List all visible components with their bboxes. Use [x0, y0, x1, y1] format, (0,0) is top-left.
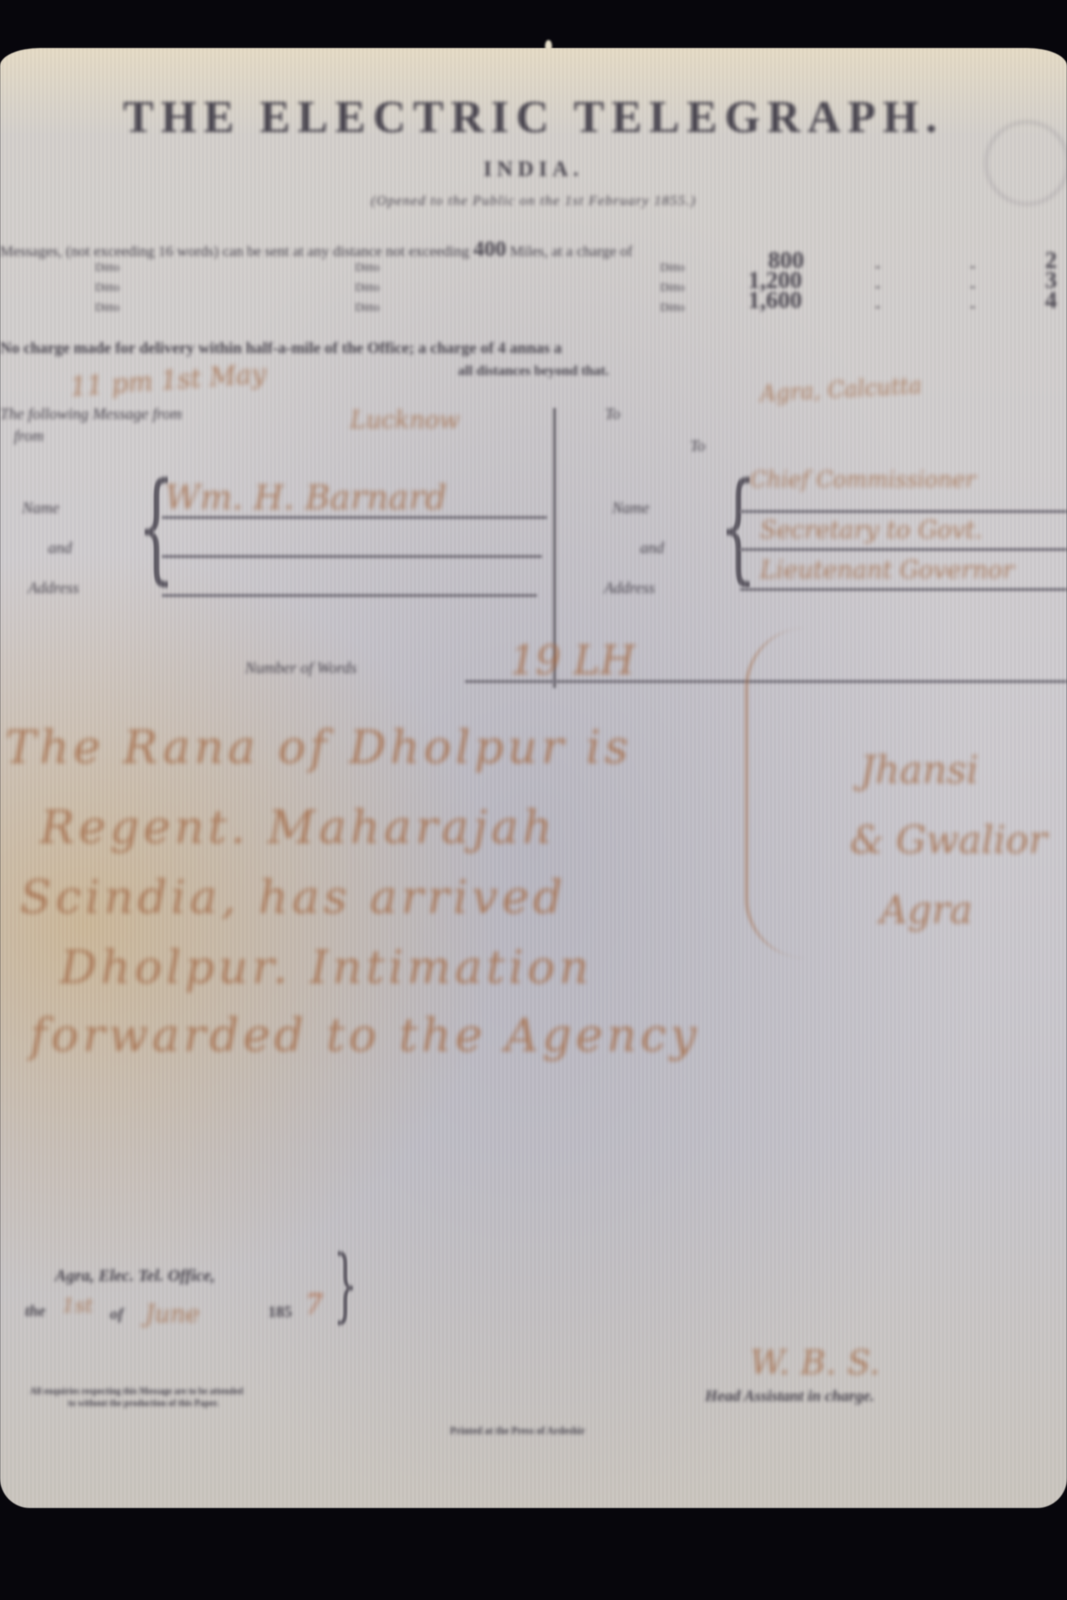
rate-row-2-sep: - [875, 278, 880, 296]
rate-row-3-col3: Ditto [660, 300, 685, 315]
to-address-label: Address [604, 580, 655, 598]
message-line: forwarded to the Agency [30, 1008, 700, 1062]
date-prefix: the [25, 1303, 45, 1320]
enquiry-note-2: to without the production of this Paper. [68, 1398, 219, 1408]
rate-row-1-sep2: - [970, 258, 975, 276]
rate-row-1-col2: Ditto [355, 260, 380, 275]
message-line: Regent. Maharajah [40, 800, 556, 854]
from-label: The following Message from [0, 406, 182, 424]
opened-note: (Opened to the Public on the 1st Februar… [0, 194, 1067, 210]
rate-row-1-col1: Ditto [95, 260, 120, 275]
rate-row-3-col1: Ditto [95, 300, 120, 315]
date-month: June [145, 1300, 200, 1328]
date-line: the [25, 1303, 45, 1321]
to-line-3 [740, 588, 1067, 591]
from-line-3 [162, 594, 537, 597]
rate-row-3-col2: Ditto [355, 300, 380, 315]
to-line-2 [740, 548, 1067, 551]
office-line: Agra, Elec. Tel. Office, [55, 1266, 215, 1286]
date-year-prefix: 185 [268, 1304, 292, 1322]
side-note-line: Agra [880, 888, 973, 932]
document-subtitle: INDIA. [0, 156, 1067, 182]
to-line-1 [740, 510, 1067, 513]
side-note-bracket [745, 628, 868, 958]
from-station: Lucknow [350, 406, 460, 434]
message-line: Scindia, has arrived [20, 870, 567, 924]
to-line-1-handwriting: Chief Commissioner [750, 468, 976, 493]
document-title: THE ELECTRIC TELEGRAPH. [0, 90, 1067, 143]
rate-row-1-sep: - [875, 258, 880, 276]
from-and-label: and [48, 540, 72, 558]
to-label: To [605, 406, 620, 424]
word-count-value: 19 LH [510, 638, 635, 684]
date-day: 1st [62, 1293, 93, 1317]
rate-row-2-col1: Ditto [95, 280, 120, 295]
side-note-line: Jhansi [860, 748, 979, 792]
rate-row-2-sep2: - [970, 278, 975, 296]
rate-row-3-sep2: - [970, 298, 975, 316]
from-line-2 [162, 555, 542, 558]
enquiry-note-1: All enquiries respecting this Message ar… [30, 1386, 243, 1396]
from-label-2: from [14, 428, 44, 446]
printer-imprint: Printed at the Press of Ardeshir [450, 1426, 585, 1437]
to-and-label: and [640, 540, 664, 558]
from-name-handwriting: Wm. H. Barnard [165, 478, 447, 518]
signature: W. B. S. [750, 1343, 880, 1383]
rate-row-3-charge: 4 [1045, 288, 1057, 315]
to-name-label: Name [612, 500, 649, 518]
rates-table: Ditto Ditto Ditto 800 - - 2 Ditto Ditto … [0, 256, 1067, 336]
side-note-line: & Gwalior [850, 818, 1047, 862]
to-line-2-handwriting: Secretary to Govt. [760, 516, 983, 544]
date-year-digit: 7 [305, 1288, 323, 1321]
word-count-label: Number of Words [245, 660, 357, 678]
signer-title: Head Assistant in charge. [705, 1388, 874, 1406]
footer-brace: { [333, 1238, 358, 1331]
delivery-note: No charge made for delivery within half-… [0, 340, 562, 358]
rate-row-3-distance: 1,600 [748, 288, 802, 315]
from-name-label: Name [22, 500, 59, 518]
rate-row-3-sep: - [875, 298, 880, 316]
from-address-label: Address [28, 580, 79, 598]
from-line-1 [162, 516, 547, 519]
telegraph-form: THE ELECTRIC TELEGRAPH. INDIA. (Opened t… [0, 48, 1067, 1508]
date-of: of [110, 1306, 123, 1324]
to-label-2: To [690, 438, 705, 456]
to-line-3-handwriting: Lieutenant Governor [760, 556, 1014, 584]
rate-row-1-col3: Ditto [660, 260, 685, 275]
rate-row-2-col3: Ditto [660, 280, 685, 295]
rate-row-2-col2: Ditto [355, 280, 380, 295]
message-line: Dholpur. Intimation [60, 940, 593, 994]
message-line: The Rana of Dholpur is [5, 720, 632, 774]
